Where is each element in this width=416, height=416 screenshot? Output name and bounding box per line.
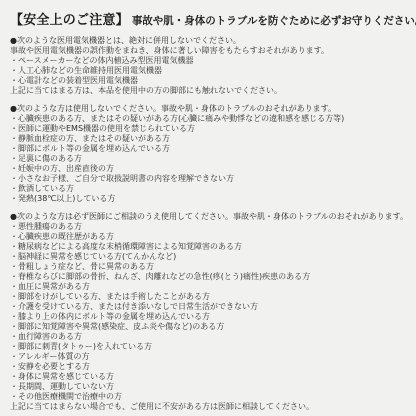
list-item: ・血圧に異常がある方 (10, 282, 408, 292)
list-item: ・脚部をけがしている方、または手術したことがある方 (10, 292, 408, 302)
section-medical-device-prohibition: ●次のような医用電気機器とは、絶対に併用しないでください。 事故や医用電気機器の… (10, 36, 408, 96)
list-item: ・心臓疾患のある方、またはその疑いがある方(心臓に痛みや動悸などの違和感を感じる… (10, 114, 408, 124)
list-item: ・安静を必要とする方 (10, 362, 408, 372)
section-note: 上記に当てはまらない場合でも、ご使用に不安がある方は医師に相談してください。 (10, 402, 408, 412)
list-item: ・骨粗しょう症など、骨に異常のある方 (10, 262, 408, 272)
page-title: 【安全上のご注意】事故や肌・身体のトラブルを防ぐために必ずお守りください。 (10, 9, 408, 28)
list-item: ・糖尿病などによる高度な末梢循環障害による知覚障害のある方 (10, 242, 408, 252)
page-title-bracket: 【安全上のご注意】 (10, 13, 129, 28)
section-subtext: 事故や医用電気機器の誤作動をまねき、身体に著しい障害をもたらすおそれがあります。 (10, 46, 408, 56)
list-item: ・脳神経に異常を感じている方(てんかんなど) (10, 252, 408, 262)
list-item: ・静脈血栓症の方、またはその疑いがある方 (10, 134, 408, 144)
list-item: ・脊椎ならびに脚部の骨折、ねんざ、肉離れなどの急性(疼(とう)痛性)疾患のある方 (10, 272, 408, 282)
list-item: ・脚部に刺青(タトゥー)を入れている方 (10, 342, 408, 352)
list-item: ・膝より上の体内にボルト等の金属を埋め込んでいる方 (10, 312, 408, 322)
list-item: ・発熱(38℃以上)している方 (10, 194, 408, 204)
list-item: ・飲酒している方 (10, 184, 408, 194)
section-heading: ●次のような医用電気機器とは、絶対に併用しないでください。 (10, 36, 408, 46)
list-item: ・妊娠中の方、出産直後の方 (10, 164, 408, 174)
list-item: ・人工心肺などの生命維持用医用電気機器 (10, 66, 408, 76)
list-item: ・介護を受けている方、または付き添いなしで日常生活ができない方 (10, 302, 408, 312)
list-item: ・身体に異常を感じている方 (10, 372, 408, 382)
list-item: ・脚部にボルト等の金属を埋め込んでいる方 (10, 144, 408, 154)
list-item: ・その他医療機関で治療中の方 (10, 392, 408, 402)
list-item: ・アレルギー体質の方 (10, 352, 408, 362)
section-do-not-use-persons: ●次のような方は使用しないでください。事故や肌・身体のトラブルのおそれがあります… (10, 104, 408, 204)
list-item: ・脚部に知覚障害や異常(感染症、皮ふ炎や傷など)のある方 (10, 322, 408, 332)
section-heading: ●次のような方は必ず医師にご相談のうえ使用してください。事故や肌・身体のトラブル… (10, 212, 408, 222)
list-item: ・悪性腫瘍のある方 (10, 222, 408, 232)
list-item: ・ペースメーカーなどの体内植込み型医用電気機器 (10, 56, 408, 66)
section-heading: ●次のような方は使用しないでください。事故や肌・身体のトラブルのおそれがあります… (10, 104, 408, 114)
list-item: ・心電計などの装着型医用電気機器 (10, 76, 408, 86)
section-consult-doctor: ●次のような方は必ず医師にご相談のうえ使用してください。事故や肌・身体のトラブル… (10, 212, 408, 412)
page-title-subtitle: 事故や肌・身体のトラブルを防ぐために必ずお守りください。 (132, 15, 416, 27)
section-note: 上記に当てはまる方は、本品を使用中の方の脚部にも触れないでください。 (10, 86, 408, 96)
list-item: ・小さなお子様、ご自分で取扱説明書の内容を理解できない方 (10, 174, 408, 184)
list-item: ・心臓疾患の既往歴がある方 (10, 232, 408, 242)
list-item: ・足裏に傷のある方 (10, 154, 408, 164)
list-item: ・血行障害のある方 (10, 332, 408, 342)
list-item: ・医師に運動やEMS機器の使用を禁じられている方 (10, 124, 408, 134)
safety-notice-document: 【安全上のご注意】事故や肌・身体のトラブルを防ぐために必ずお守りください。 ●次… (0, 0, 416, 416)
list-item: ・長期間、運動していない方 (10, 382, 408, 392)
